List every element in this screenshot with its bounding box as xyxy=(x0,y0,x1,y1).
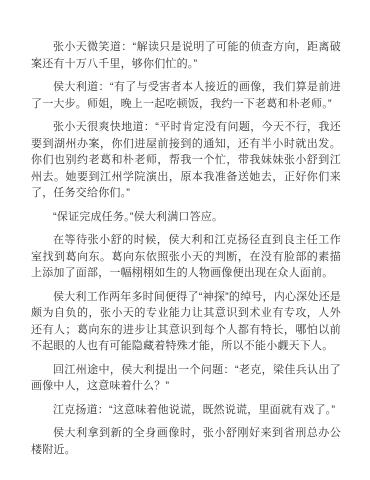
paragraph: 张小天很爽快地道：“平时肯定没有问题，今天不行，我还要到湖州办案，你们进屋前接到… xyxy=(31,119,341,202)
paragraph: 在等待张小舒的时候，侯大利和江克扬径直到良主任工作室找到葛向东。葛向东依照张小天… xyxy=(31,232,341,282)
paragraph: 江克扬道：“这意味着他说谎，既然说谎，里面就有戏了。” xyxy=(31,402,341,419)
paragraph: 侯大利工作两年多时间便得了“神探”的绰号，内心深处还是颇为自负的，张小天的专业能… xyxy=(31,289,341,355)
paragraph: 张小天微笑道：“解读只是说明了可能的侦查方向，距离破案还有十万八千里，够你们忙的… xyxy=(31,39,341,72)
paragraph: “保证完成任务。”侯大利满口答应。 xyxy=(31,209,341,226)
novel-text-content: 张小天微笑道：“解读只是说明了可能的侦查方向，距离破案还有十万八千里，够你们忙的… xyxy=(0,0,370,458)
paragraph: 侯大利道：“有了与受害者本人接近的画像，我们算是前进了一大步。师姐，晚上一起吃顿… xyxy=(31,79,341,112)
paragraph: 侯大利拿到新的全身画像时，张小舒刚好来到省刑总办公楼附近。 xyxy=(31,425,341,458)
paragraph: 回江州途中，侯大利提出一个问题：“老克，梁佳兵认出了画像中人，这意味着什么？” xyxy=(31,362,341,395)
reader-page: 张小天微笑道：“解读只是说明了可能的侦查方向，距离破案还有十万八千里，够你们忙的… xyxy=(0,0,370,480)
